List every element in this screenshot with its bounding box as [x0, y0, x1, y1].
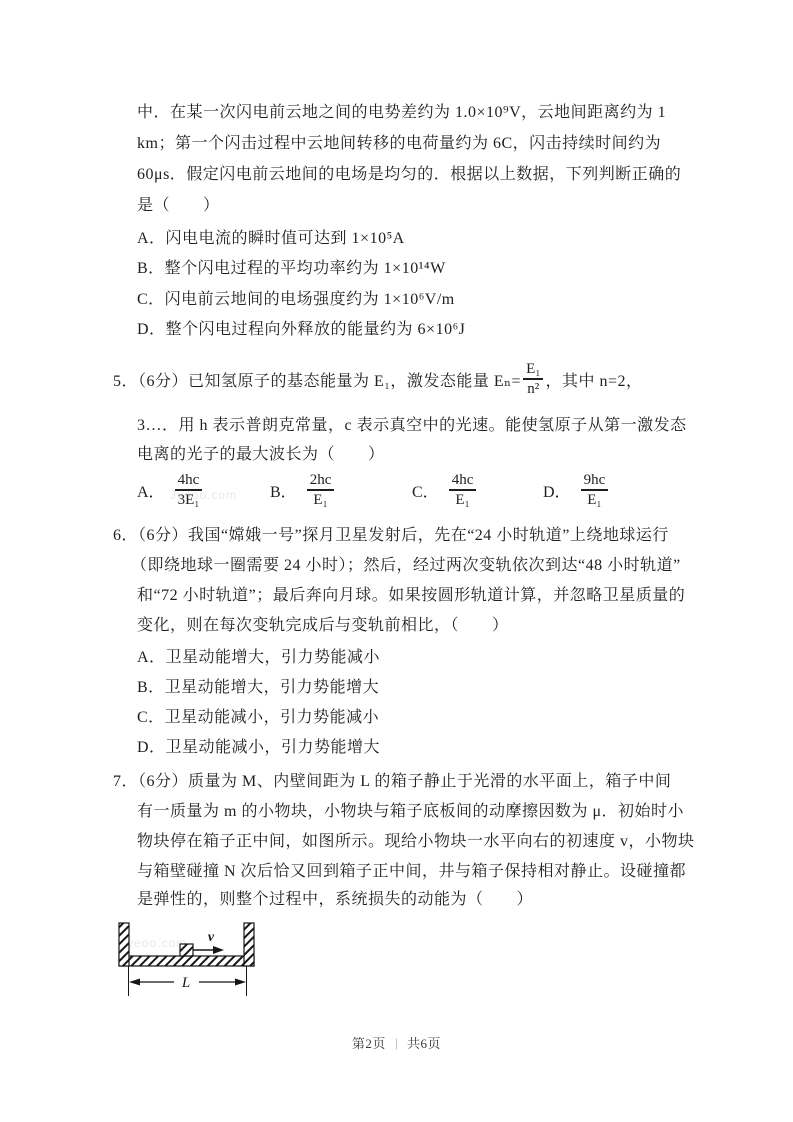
q6-option-a: A．卫星动能增大，引力势能减小: [137, 646, 380, 670]
q4-line: km；第一个闪击过程中云地间转移的电荷量约为 6C，闪击持续时间约为: [137, 132, 661, 156]
q5-option-a: A． 4hc 3E₁: [137, 463, 204, 517]
option-fraction: 4hc E₁: [449, 472, 477, 508]
q5-stem-text: 5．（6分）已知氢原子的基态能量为 E₁，激发态能量 Eₙ=: [113, 368, 521, 391]
q4-option-c: C．闪电前云地间的电场强度约为 1×10⁶V/m: [137, 288, 455, 312]
q5-option-b: B． 2hc E₁: [270, 463, 336, 517]
fraction-denominator: E₁: [310, 492, 330, 509]
fraction-bar: [307, 489, 335, 490]
option-label: A．: [137, 479, 165, 502]
q4-option-d: D．整个闪电过程向外释放的能量约为 6×10⁶J: [137, 318, 465, 342]
velocity-arrow-head: [213, 946, 224, 954]
block: [180, 944, 193, 956]
fraction-numerator: 4hc: [175, 472, 203, 489]
fraction-denominator: 3E₁: [175, 492, 203, 509]
q6-line: 6．（6分）我国“嫦娥一号”探月卫星发射后，先在“24 小时轨道”上绕地球运行: [113, 524, 669, 548]
option-fraction: 4hc 3E₁: [175, 472, 203, 508]
exam-page: Jyeoo.com Jyeoo.com 中．在某一次闪电前云地之间的电势差约为 …: [0, 0, 793, 1122]
fraction-bar: [523, 378, 543, 379]
q6-line: 和“72 小时轨道”；最后奔向月球。如果按圆形轨道计算，并忽略卫星质量的: [137, 584, 685, 608]
fraction-numerator: 2hc: [307, 472, 335, 489]
box-block-diagram: v L: [112, 916, 272, 1004]
fraction-bar: [581, 489, 609, 490]
option-label: B．: [270, 479, 297, 502]
fraction-denominator: E₁: [584, 492, 604, 509]
option-label: D．: [543, 479, 571, 502]
dimension-arrow-left: [129, 979, 140, 986]
q7-figure: v L: [112, 916, 272, 1004]
option-fraction: 2hc E₁: [307, 472, 335, 508]
fraction-bar: [449, 489, 477, 490]
fraction-numerator: E₁: [523, 361, 543, 378]
q6-line: 变化，则在每次变轨完成后与变轨前相比，（ ）: [137, 614, 509, 638]
fraction-denominator: n²: [524, 381, 542, 398]
q4-line: 中．在某一次闪电前云地之间的电势差约为 1.0×10⁹V，云地间距离约为 1: [137, 101, 666, 125]
q5-stem-text: ，其中 n=2，: [545, 368, 642, 391]
dimension-arrow-right: [235, 979, 246, 986]
q6-line: （即绕地球一圈需要 24 小时）；然后，经过两次变轨依次到达“48 小时轨道”: [131, 554, 681, 578]
fraction-denominator: E₁: [452, 492, 472, 509]
q6-option-b: B．卫星动能增大，引力势能增大: [137, 676, 379, 700]
box-right-wall: [244, 923, 254, 966]
q5-option-d: D． 9hc E₁: [543, 463, 610, 517]
q7-line: 物块停在箱子正中间，如图所示。现给小物块一水平向右的初速度 v，小物块: [137, 830, 695, 854]
box-left-wall: [119, 923, 129, 966]
length-label: L: [181, 975, 190, 991]
q7-line: 7．（6分）质量为 M、内壁间距为 L 的箱子静止于光滑的水平面上，箱子中间: [113, 770, 671, 794]
q5-line: 3…．用 h 表示普朗克常量，c 表示真空中的光速。能使氢原子从第一激发态: [137, 414, 687, 438]
q7-line: 与箱壁碰撞 N 次后恰又回到箱子正中间，井与箱子保持相对静止。设碰撞都: [137, 860, 686, 884]
q7-line: 是弹性的，则整个过程中，系统损失的动能为（ ）: [137, 888, 533, 912]
fraction-numerator: 4hc: [449, 472, 477, 489]
footer-separator: |: [386, 1035, 407, 1050]
q4-option-a: A．闪电电流的瞬时值可达到 1×10⁵A: [137, 227, 405, 251]
q4-option-b: B．整个闪电过程的平均功率约为 1×10¹⁴W: [137, 257, 446, 281]
fraction-numerator: 9hc: [581, 472, 609, 489]
q6-option-c: C．卫星动能减小，引力势能减小: [137, 706, 379, 730]
fraction-bar: [175, 489, 203, 490]
option-fraction: 9hc E₁: [581, 472, 609, 508]
q5-stem: 5．（6分）已知氢原子的基态能量为 E₁，激发态能量 Eₙ= E₁ n² ，其中…: [113, 353, 643, 405]
footer-page-number: 第2页: [352, 1036, 386, 1051]
q5-options-row: A． 4hc 3E₁ B． 2hc E₁ C． 4hc E₁ D．: [0, 463, 793, 517]
footer-total-pages: 共6页: [407, 1036, 441, 1051]
q4-line: 是（ ）: [137, 194, 220, 218]
option-label: C．: [412, 479, 439, 502]
velocity-label: v: [208, 930, 215, 945]
q4-line: 60μs．假定闪电前云地间的电场是均匀的．根据以上数据，下列判断正确的: [137, 163, 681, 187]
q7-line: 有一质量为 m 的小物块，小物块与箱子底板间的动摩擦因数为 μ．初始时小: [137, 800, 684, 824]
q5-option-c: C． 4hc E₁: [412, 463, 478, 517]
q5-stem-fraction: E₁ n²: [523, 361, 543, 397]
page-footer: 第2页|共6页: [0, 1033, 793, 1052]
q6-option-d: D．卫星动能减小，引力势能增大: [137, 736, 380, 760]
box-floor: [119, 956, 254, 966]
